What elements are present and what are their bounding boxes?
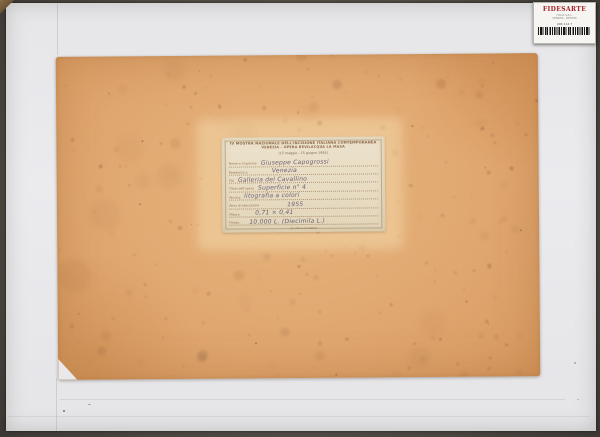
foxing-spot	[332, 79, 342, 89]
foxing-spot	[485, 167, 487, 169]
foxing-spot	[427, 277, 429, 279]
foxing-spot	[162, 59, 185, 82]
foxing-spot	[248, 334, 251, 337]
foxing-spot	[433, 268, 437, 272]
barcode	[538, 27, 591, 35]
foxing-spot	[399, 77, 403, 81]
foxing-spot	[198, 350, 209, 361]
foxing-spot	[456, 363, 459, 366]
foxing-spot	[297, 111, 299, 113]
foxing-spot	[463, 289, 466, 292]
foxing-spot	[411, 125, 413, 127]
foxing-spot	[169, 220, 172, 223]
foxing-spot	[112, 317, 114, 319]
foxing-spot	[364, 71, 368, 75]
foxing-spot	[186, 123, 188, 125]
foxing-spot	[324, 249, 327, 252]
foxing-spot	[318, 310, 322, 314]
foxing-spot	[511, 225, 519, 233]
foxing-spot	[419, 214, 423, 218]
foxing-spot	[516, 370, 522, 376]
sticker-line: VENEZIA - MESTRE	[534, 17, 595, 20]
foxing-spot	[306, 273, 309, 276]
foxing-spot	[69, 324, 73, 328]
foxing-spot	[505, 251, 507, 253]
board-speck	[63, 410, 65, 412]
foxing-spot	[239, 295, 252, 308]
field-value-handwritten: 1955	[287, 202, 303, 209]
exhibition-label: IV MOSTRA NAZIONALE DELL'INCISIONE ITALI…	[222, 136, 386, 232]
foxing-spot	[162, 113, 164, 115]
frame-corner-accent	[0, 0, 18, 18]
foxing-spot	[525, 133, 528, 136]
foxing-spot	[321, 365, 322, 366]
foxing-spot	[480, 126, 484, 130]
sticker-title: FIDESARTE	[534, 6, 595, 13]
foxing-spot	[492, 61, 495, 64]
foxing-spot	[210, 74, 212, 76]
foxing-spot	[465, 301, 467, 303]
foxing-spot	[202, 321, 205, 324]
label-header-line2: VENEZIA - OPERA BEVILACQUA LA MASA	[229, 145, 378, 150]
foxing-spot	[433, 280, 436, 283]
foxing-spot	[444, 161, 447, 164]
foxing-spot	[299, 292, 301, 294]
foxing-spot	[520, 229, 522, 231]
foxing-spot	[233, 270, 244, 281]
foxing-spot	[395, 107, 401, 113]
foxing-spot	[409, 184, 413, 188]
foxing-spot	[352, 361, 354, 363]
foxing-spot	[494, 334, 499, 339]
foxing-spot	[491, 112, 492, 113]
foxing-spot	[270, 290, 273, 293]
foxing-spot	[164, 317, 168, 321]
foxing-spot	[353, 338, 356, 341]
foxing-spot	[209, 111, 211, 113]
foxing-spot	[178, 226, 182, 230]
foxing-spot	[336, 373, 338, 375]
foxing-spot	[129, 327, 132, 330]
foxing-spot	[194, 92, 197, 95]
foxing-spot	[515, 121, 520, 126]
foxing-spot	[139, 203, 141, 205]
field-value-handwritten: 10.000 L. (Diecimila L.)	[249, 218, 325, 226]
foxing-spot	[330, 53, 333, 56]
foxing-spot	[133, 253, 136, 256]
foxing-spot	[409, 347, 431, 369]
foxing-spot	[505, 343, 508, 346]
foxing-spot	[159, 142, 162, 145]
field-value-handwritten: 0,71 × 0,41	[255, 210, 293, 218]
foxing-spot	[432, 53, 436, 57]
foxing-spot	[345, 337, 349, 341]
foxing-spot	[67, 219, 69, 221]
foxing-spot	[182, 364, 185, 367]
foxing-spot	[510, 167, 513, 170]
label-fields: Nome e Cognome Giuseppe Capogrossi Resid…	[229, 158, 379, 226]
foxing-spot	[439, 338, 442, 341]
field-label: Anno di esecuzione	[229, 204, 259, 208]
foxing-spot	[89, 198, 122, 231]
foxing-spot	[190, 106, 193, 109]
foxing-spot	[78, 313, 80, 315]
foxing-spot	[182, 85, 186, 89]
foxing-spot	[344, 91, 347, 94]
foxing-spot	[77, 341, 79, 343]
foxing-spot	[378, 76, 380, 78]
foxing-spot	[73, 149, 76, 152]
foxing-spot	[535, 99, 538, 102]
foxing-spot	[98, 165, 102, 169]
foxing-spot	[101, 331, 112, 342]
foxing-spot	[259, 85, 261, 87]
foxing-spot	[280, 327, 290, 337]
foxing-spot	[514, 57, 516, 59]
foxing-spot	[494, 141, 497, 144]
foxing-spot	[289, 299, 295, 305]
foxing-spot	[309, 102, 319, 112]
foxing-spot	[490, 133, 494, 137]
foxing-spot	[71, 138, 75, 142]
foxing-spot	[478, 333, 484, 339]
foxing-spot	[207, 292, 211, 296]
foxing-spot	[443, 81, 445, 83]
foxing-spot	[87, 145, 88, 146]
foxing-spot	[59, 260, 92, 293]
foxing-spot	[191, 223, 192, 224]
foxing-spot	[218, 105, 221, 108]
foxing-spot	[501, 217, 507, 223]
foxing-spot	[128, 184, 130, 186]
foxing-spot	[92, 210, 95, 213]
foxing-spot	[458, 104, 460, 106]
sticker-lot-code: 006 114 7	[534, 22, 595, 26]
board-crease	[56, 378, 57, 431]
foxing-spot	[119, 165, 121, 167]
foxing-spot	[141, 140, 143, 142]
foxing-spot	[274, 372, 281, 379]
foxing-spot	[487, 69, 489, 71]
board-crease	[57, 3, 58, 55]
foxing-spot	[255, 342, 257, 344]
foxing-spot	[108, 92, 110, 94]
board-crease	[60, 399, 565, 400]
foxing-spot	[413, 342, 416, 345]
field-label: Via	[229, 180, 234, 184]
foxing-spot	[244, 58, 247, 61]
foxing-spot	[419, 309, 446, 336]
pencil-mark	[574, 362, 576, 364]
foxing-spot	[135, 174, 151, 190]
foxing-spot	[447, 75, 449, 77]
foxing-spot	[330, 254, 334, 258]
foxing-spot	[290, 84, 291, 85]
field-label: Titolo dell'opera	[229, 188, 254, 192]
foxing-spot	[65, 85, 67, 87]
field-label: Nome e Cognome	[229, 163, 257, 167]
foxing-spot	[517, 333, 523, 339]
label-footnote: (in cifre e in lettere)	[229, 226, 378, 230]
foxing-spot	[480, 231, 490, 241]
foxing-spot	[426, 135, 429, 138]
foxing-spot	[315, 351, 325, 361]
foxing-spot	[458, 89, 464, 95]
field-value-handwritten: Venezia	[271, 168, 296, 175]
foxing-spot	[296, 53, 307, 61]
foxing-spot	[273, 91, 275, 93]
field-label: Prezzo	[229, 221, 239, 225]
foxing-spot	[64, 342, 66, 344]
foxing-spot	[486, 170, 491, 175]
foxing-spot	[389, 303, 392, 306]
foxing-spot	[199, 70, 200, 71]
foxing-spot	[506, 152, 507, 153]
foxing-spot	[425, 261, 429, 265]
foxing-spot	[498, 220, 502, 224]
foxing-spot	[262, 106, 266, 110]
foxing-spot	[470, 218, 477, 225]
foxing-spot	[145, 296, 148, 299]
foxing-spot	[163, 166, 177, 180]
foxing-spot	[398, 90, 399, 91]
foxing-spot	[127, 218, 128, 219]
foxing-spot	[475, 90, 483, 98]
foxing-spot	[166, 72, 171, 77]
foxing-spot	[474, 318, 476, 320]
foxing-spot	[170, 138, 181, 149]
foxing-spot	[311, 96, 313, 98]
field-label: Misure	[229, 213, 239, 217]
field-label: Tecnica	[229, 196, 240, 200]
foxing-spot	[155, 263, 158, 266]
foxing-spot	[487, 323, 488, 324]
foxing-spot	[354, 252, 356, 254]
foxing-spot	[366, 254, 369, 257]
foxing-spot	[192, 289, 197, 294]
foxing-spot	[487, 264, 491, 268]
foxing-spot	[473, 269, 476, 272]
board-crease	[8, 416, 590, 417]
foxing-spot	[244, 307, 250, 313]
foxing-spot	[161, 336, 164, 339]
field-label: Residenza a	[229, 171, 248, 175]
foxing-spot	[488, 356, 492, 360]
pencil-mark	[577, 399, 579, 400]
foxing-spot	[135, 214, 137, 216]
foxing-spot	[205, 87, 207, 89]
foxing-spot	[313, 275, 319, 281]
foxing-spot	[493, 295, 498, 300]
foxing-spot	[481, 85, 484, 88]
foxing-spot	[378, 311, 381, 314]
foxing-spot	[453, 196, 456, 199]
foxing-spot	[294, 367, 295, 368]
foxing-spot	[137, 358, 145, 366]
foxing-spot	[487, 366, 491, 370]
artwork-back-photo: IV MOSTRA NAZIONALE DELL'INCISIONE ITALI…	[0, 0, 600, 437]
foxing-spot	[90, 226, 92, 228]
foxing-spot	[144, 283, 147, 286]
foxing-spot	[108, 230, 116, 238]
foxing-spot	[96, 186, 103, 193]
foxing-spot	[118, 84, 128, 94]
foxing-spot	[268, 361, 276, 369]
foxing-spot	[499, 181, 507, 189]
foxing-spot	[164, 103, 167, 106]
foxing-spot	[376, 275, 378, 277]
foxing-spot	[421, 126, 424, 129]
foxing-spot	[125, 289, 132, 296]
label-header-line3: (15 maggio - 15 giugno 1955)	[229, 151, 378, 156]
foxing-spot	[318, 341, 322, 345]
foxing-spot	[301, 257, 306, 262]
foxing-spot	[442, 254, 444, 256]
foxing-spot	[528, 84, 531, 87]
fidesarte-sticker: FIDESARTE ITALIA S.R.L. VENEZIA - MESTRE…	[533, 2, 596, 44]
pencil-mark	[88, 404, 91, 405]
foxing-spot	[307, 68, 309, 70]
foxing-spot	[453, 271, 457, 275]
foxing-spot	[365, 85, 367, 87]
foxing-spot	[431, 336, 436, 341]
foxing-spot	[407, 366, 411, 370]
foxing-spot	[297, 265, 300, 268]
foxing-spot	[470, 196, 473, 199]
foxing-spot	[58, 248, 61, 251]
foxing-spot	[125, 165, 128, 168]
foxing-spot	[263, 253, 270, 260]
foxing-spot	[276, 317, 278, 319]
foxing-spot	[256, 277, 261, 282]
foxing-spot	[75, 370, 77, 372]
foxing-spot	[97, 347, 106, 356]
label-field-row: Prezzo 10.000 L. (Diecimila L.)	[229, 216, 378, 226]
foxing-spot	[473, 118, 481, 126]
